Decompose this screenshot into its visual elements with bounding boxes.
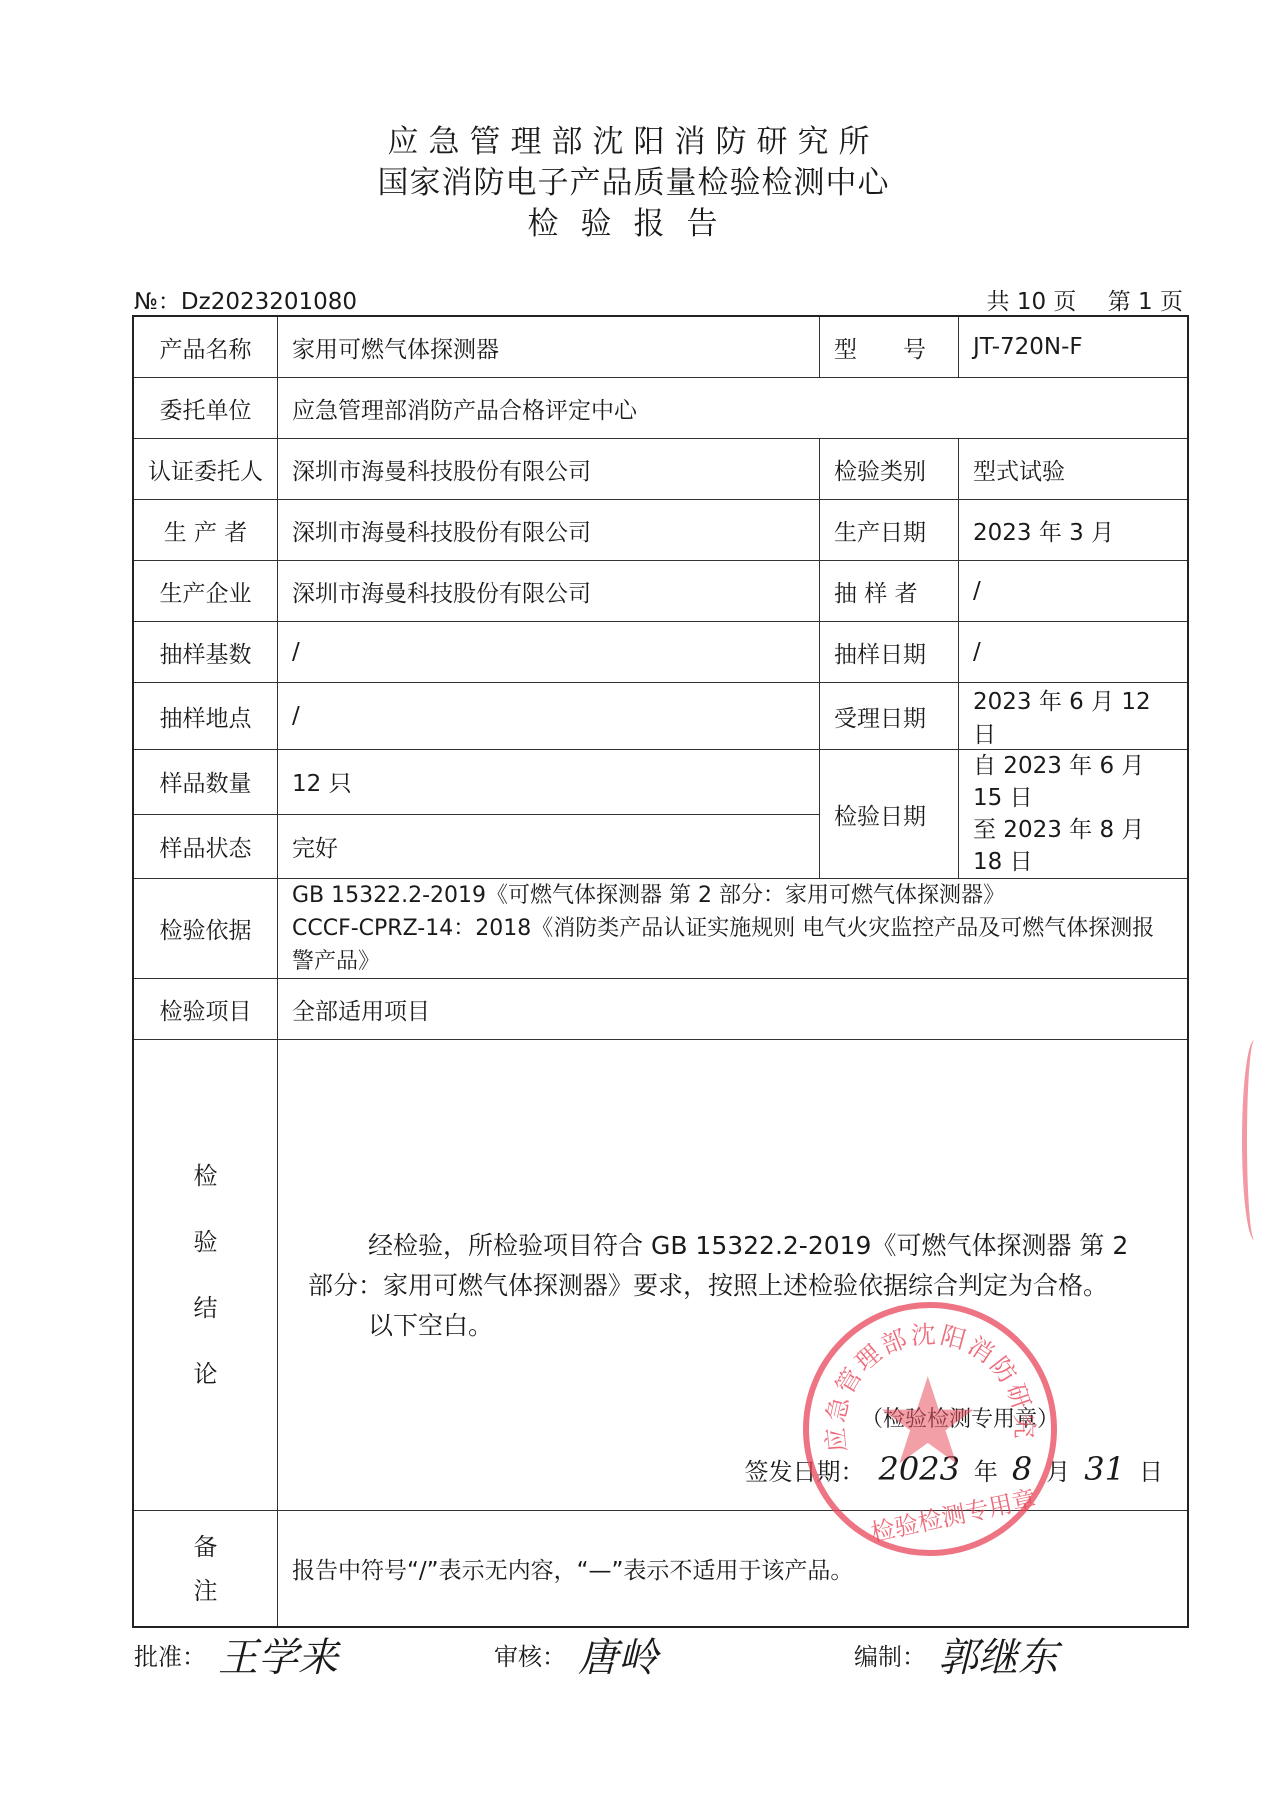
review-name: 唐岭 bbox=[578, 1635, 658, 1681]
prepare-label: 编制： bbox=[854, 1643, 926, 1671]
label-sampler: 抽 样 者 bbox=[820, 561, 959, 622]
issue-year: 2023 bbox=[878, 1450, 959, 1488]
preparer-signature: 编制：郭继东 bbox=[854, 1620, 1058, 1677]
month-unit: 月 bbox=[1046, 1458, 1070, 1486]
label-basis: 检验依据 bbox=[133, 879, 278, 979]
value-items: 全部适用项目 bbox=[278, 979, 1189, 1040]
value-test-date: 自 2023 年 6 月 15 日 至 2023 年 8 月 18 日 bbox=[959, 750, 1189, 879]
day-unit: 日 bbox=[1139, 1458, 1163, 1486]
center-name: 国家消防电子产品质量检验检测中心 bbox=[0, 163, 1267, 203]
value-producer: 深圳市海曼科技股份有限公司 bbox=[278, 500, 820, 561]
label-char: 验 bbox=[194, 1209, 218, 1275]
stamp-note: （检验检测专用章） bbox=[861, 1402, 1059, 1433]
row-manufacturer: 生产企业 深圳市海曼科技股份有限公司 抽 样 者 / bbox=[133, 561, 1188, 622]
value-prod-date: 2023 年 3 月 bbox=[959, 500, 1189, 561]
value-basis: GB 15322.2-2019《可燃气体探测器 第 2 部分：家用可燃气体探测器… bbox=[278, 879, 1189, 979]
row-sample-base: 抽样基数 / 抽样日期 / bbox=[133, 622, 1188, 683]
total-pages: 共 10 页 bbox=[987, 289, 1077, 315]
issue-date: 签发日期：2023年8月31日 bbox=[744, 1450, 1163, 1488]
conclusion-blank: 以下空白。 bbox=[308, 1306, 1159, 1346]
label-sample-qty: 样品数量 bbox=[133, 750, 278, 815]
institute-name: 应急管理部沈阳消防研究所 bbox=[0, 122, 1267, 162]
label-accept-date: 受理日期 bbox=[820, 683, 959, 750]
value-conclusion: 经检验，所检验项目符合 GB 15322.2-2019《可燃气体探测器 第 2 … bbox=[278, 1040, 1189, 1511]
value-remarks: 报告中符号“/”表示无内容，“—”表示不适用于该产品。 bbox=[278, 1511, 1189, 1628]
label-char: 结 bbox=[194, 1275, 218, 1341]
value-sample-state: 完好 bbox=[278, 814, 820, 879]
value-sample-qty: 12 只 bbox=[278, 750, 820, 815]
value-cert-client: 深圳市海曼科技股份有限公司 bbox=[278, 439, 820, 500]
approve-name: 王学来 bbox=[218, 1635, 338, 1681]
row-client: 委托单位 应急管理部消防产品合格评定中心 bbox=[133, 378, 1188, 439]
label-client: 委托单位 bbox=[133, 378, 278, 439]
label-test-type: 检验类别 bbox=[820, 439, 959, 500]
row-product: 产品名称 家用可燃气体探测器 型 号 JT-720N-F bbox=[133, 316, 1188, 378]
issue-date-label: 签发日期： bbox=[744, 1458, 864, 1486]
reviewer-signature: 审核：唐岭 bbox=[494, 1620, 658, 1677]
label-cert-client: 认证委托人 bbox=[133, 439, 278, 500]
label-conclusion: 检 验 结 论 bbox=[133, 1040, 278, 1511]
label-sample-date: 抽样日期 bbox=[820, 622, 959, 683]
approver-signature: 批准：王学来 bbox=[134, 1620, 338, 1677]
year-unit: 年 bbox=[974, 1458, 998, 1486]
page-edge-seal bbox=[1242, 1040, 1267, 1240]
review-label: 审核： bbox=[494, 1643, 566, 1671]
value-sampler: / bbox=[959, 561, 1189, 622]
label-product-name: 产品名称 bbox=[133, 316, 278, 378]
row-conclusion: 检 验 结 论 经检验，所检验项目符合 GB 15322.2-2019《可燃气体… bbox=[133, 1040, 1188, 1511]
label-manufacturer: 生产企业 bbox=[133, 561, 278, 622]
basis-standard-2: CCCF-CPRZ-14：2018《消防类产品认证实施规则 电气火灾监控产品及可… bbox=[292, 912, 1173, 978]
value-test-type: 型式试验 bbox=[959, 439, 1189, 500]
label-test-date: 检验日期 bbox=[820, 750, 959, 879]
value-client: 应急管理部消防产品合格评定中心 bbox=[278, 378, 1189, 439]
row-sample-qty: 样品数量 12 只 检验日期 自 2023 年 6 月 15 日 至 2023 … bbox=[133, 750, 1188, 815]
value-accept-date: 2023 年 6 月 12 日 bbox=[959, 683, 1189, 750]
label-prod-date: 生产日期 bbox=[820, 500, 959, 561]
prepare-name: 郭继东 bbox=[938, 1635, 1058, 1681]
label-sample-place: 抽样地点 bbox=[133, 683, 278, 750]
row-cert-client: 认证委托人 深圳市海曼科技股份有限公司 检验类别 型式试验 bbox=[133, 439, 1188, 500]
approve-label: 批准： bbox=[134, 1643, 206, 1671]
value-model: JT-720N-F bbox=[959, 316, 1189, 378]
test-date-from: 自 2023 年 6 月 15 日 bbox=[973, 750, 1173, 814]
label-items: 检验项目 bbox=[133, 979, 278, 1040]
label-char: 备 bbox=[148, 1525, 263, 1569]
report-table: 产品名称 家用可燃气体探测器 型 号 JT-720N-F 委托单位 应急管理部消… bbox=[132, 315, 1189, 1628]
label-producer: 生 产 者 bbox=[133, 500, 278, 561]
document-title: 检验报告 bbox=[0, 204, 1267, 244]
basis-standard-1: GB 15322.2-2019《可燃气体探测器 第 2 部分：家用可燃气体探测器… bbox=[292, 879, 1173, 912]
issue-day: 31 bbox=[1084, 1450, 1125, 1488]
row-items: 检验项目 全部适用项目 bbox=[133, 979, 1188, 1040]
report-number: №：Dz2023201080 bbox=[134, 283, 357, 316]
label-char: 论 bbox=[194, 1341, 218, 1407]
label-sample-state: 样品状态 bbox=[133, 814, 278, 879]
row-remarks: 备 注 报告中符号“/”表示无内容，“—”表示不适用于该产品。 bbox=[133, 1511, 1188, 1628]
current-page: 第 1 页 bbox=[1108, 289, 1183, 315]
value-product-name: 家用可燃气体探测器 bbox=[278, 316, 820, 378]
label-model: 型 号 bbox=[820, 316, 959, 378]
label-conclusion-text: 检 验 结 论 bbox=[194, 1143, 218, 1407]
row-producer: 生 产 者 深圳市海曼科技股份有限公司 生产日期 2023 年 3 月 bbox=[133, 500, 1188, 561]
page-info: 共 10 页 第 1 页 bbox=[963, 283, 1183, 316]
label-remarks: 备 注 bbox=[133, 1511, 278, 1628]
conclusion-text: 经检验，所检验项目符合 GB 15322.2-2019《可燃气体探测器 第 2 … bbox=[308, 1226, 1159, 1306]
value-sample-date: / bbox=[959, 622, 1189, 683]
row-basis: 检验依据 GB 15322.2-2019《可燃气体探测器 第 2 部分：家用可燃… bbox=[133, 879, 1188, 979]
value-sample-base: / bbox=[278, 622, 820, 683]
test-date-to: 至 2023 年 8 月 18 日 bbox=[973, 814, 1173, 878]
label-sample-base: 抽样基数 bbox=[133, 622, 278, 683]
value-manufacturer: 深圳市海曼科技股份有限公司 bbox=[278, 561, 820, 622]
label-char: 注 bbox=[148, 1569, 263, 1613]
issue-month: 8 bbox=[1012, 1450, 1032, 1488]
value-sample-place: / bbox=[278, 683, 820, 750]
label-char: 检 bbox=[194, 1143, 218, 1209]
row-sample-place: 抽样地点 / 受理日期 2023 年 6 月 12 日 bbox=[133, 683, 1188, 750]
